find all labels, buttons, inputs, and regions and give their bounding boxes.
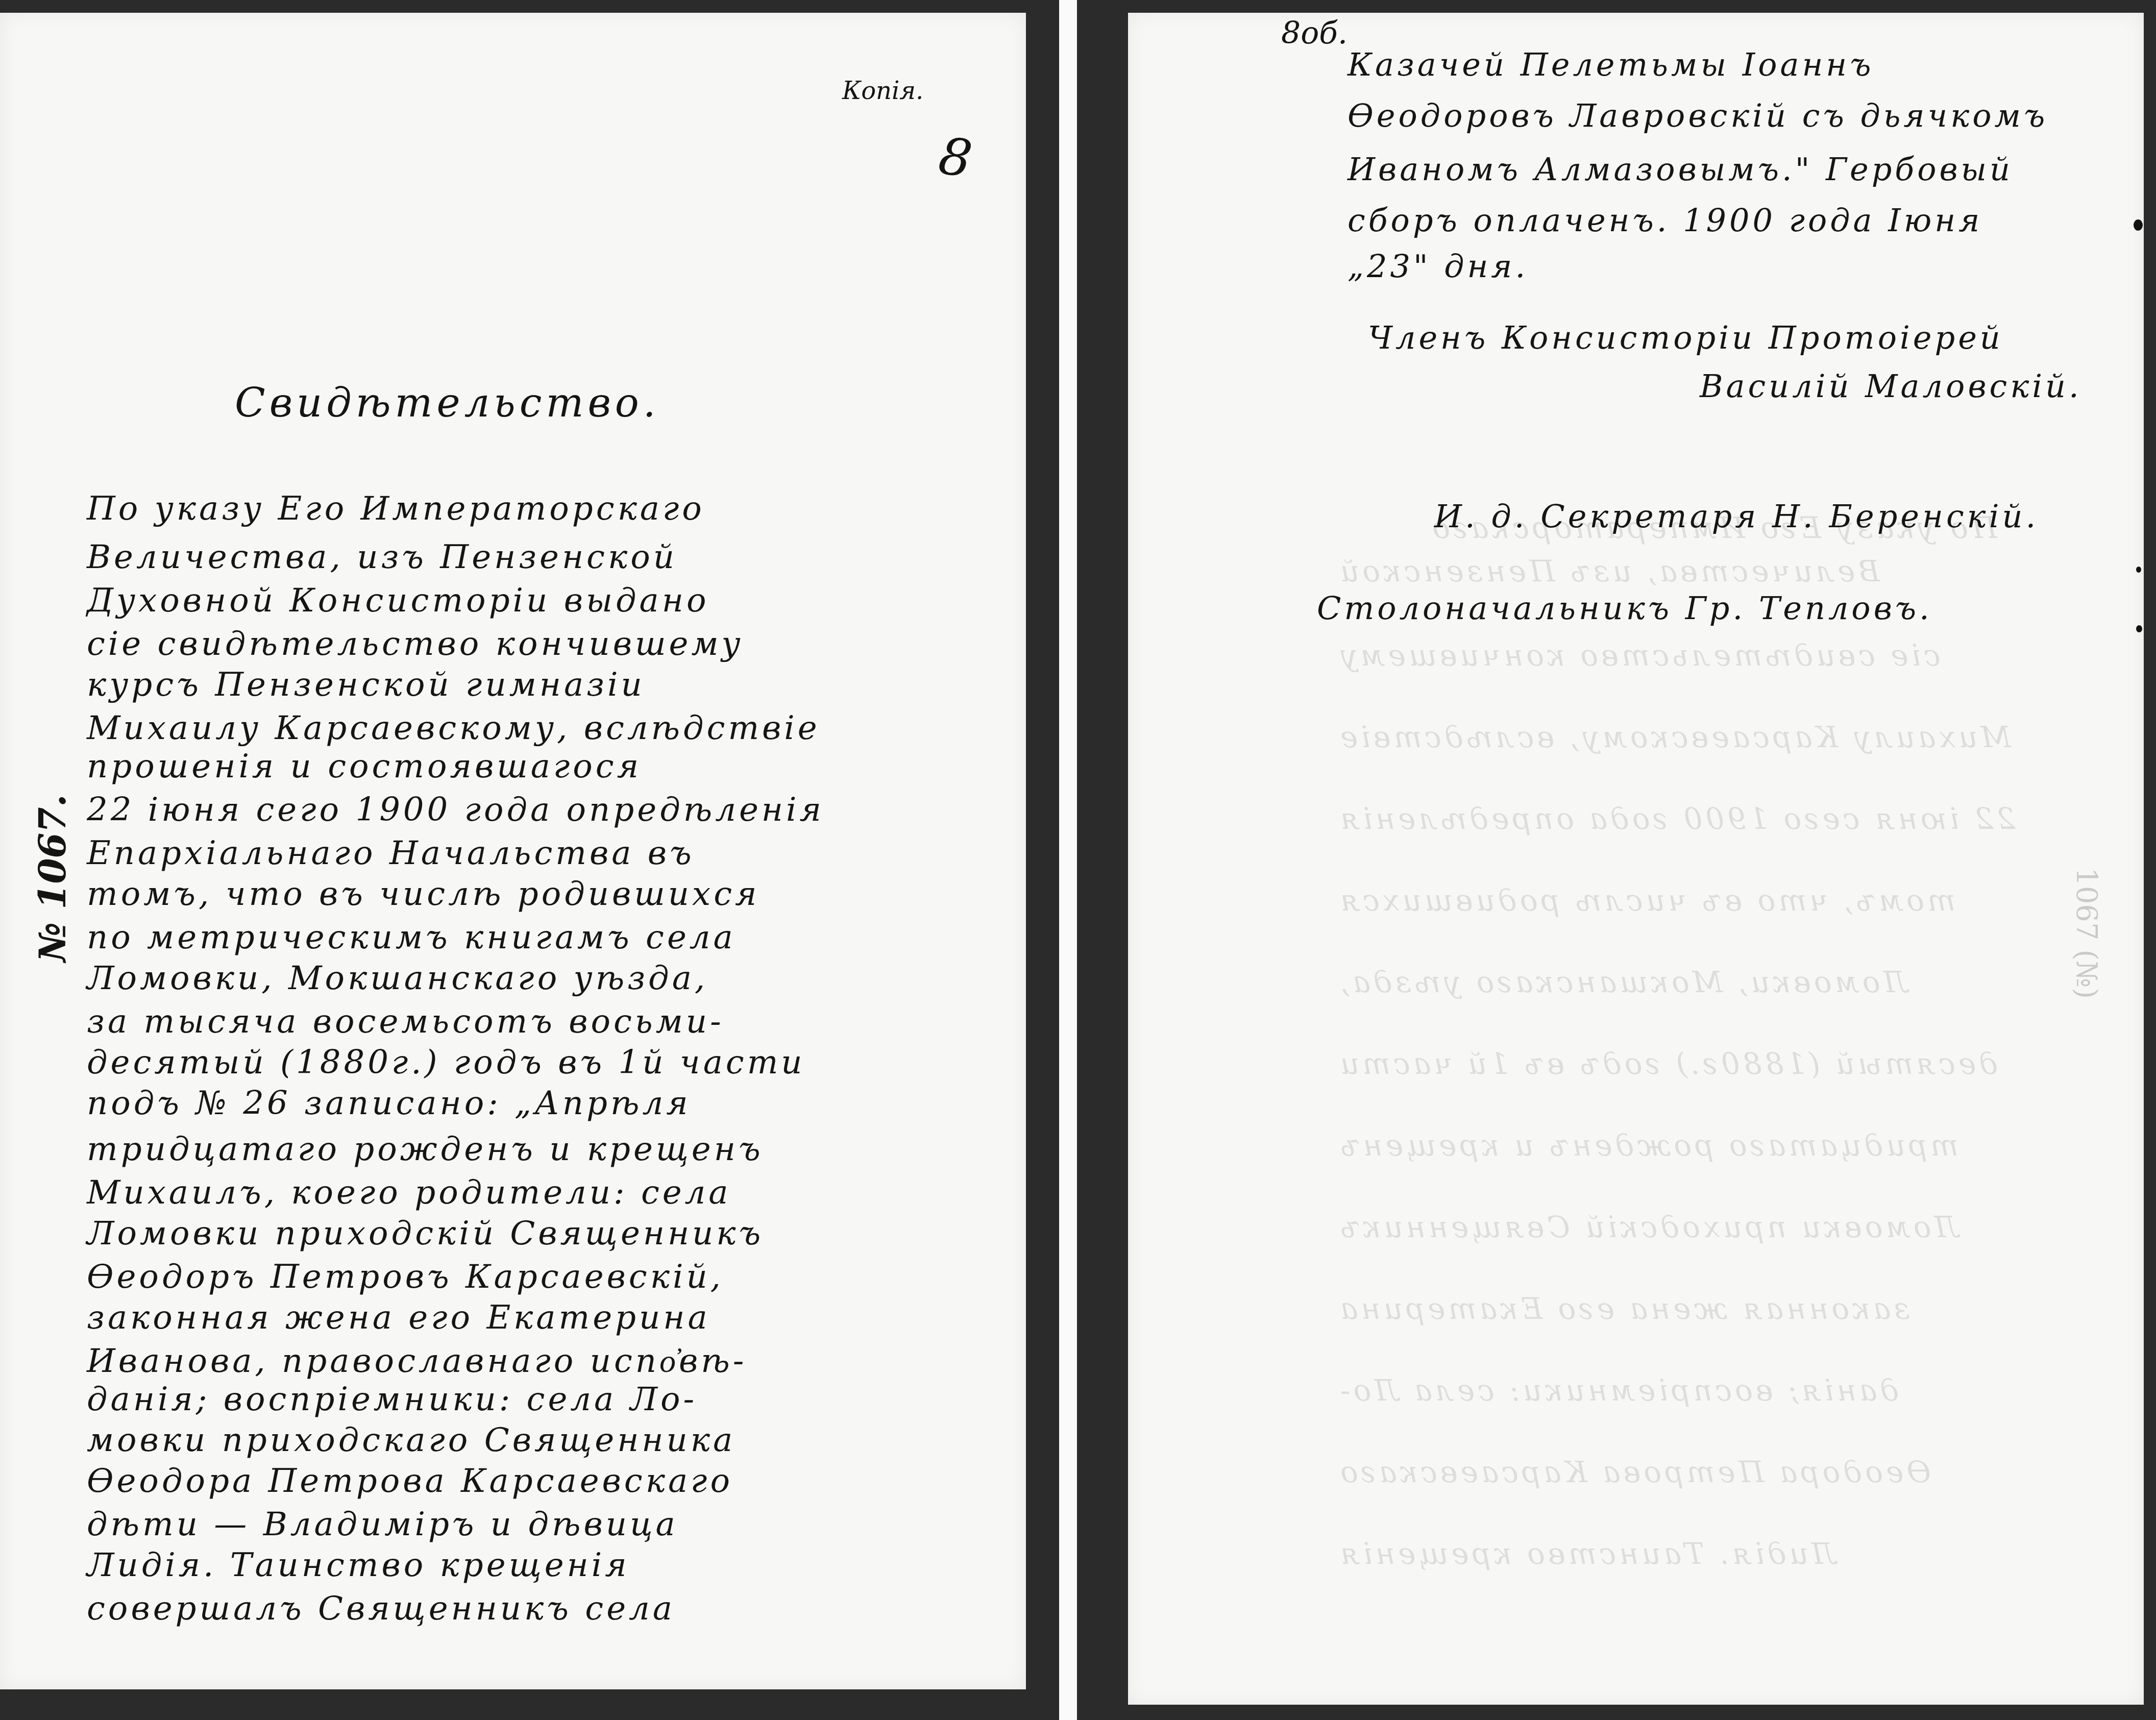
text-line: по метрическимъ книгамъ села (87, 919, 736, 956)
text-line: Казачей Пелетьмы Іоаннъ (1347, 46, 1874, 83)
bleed-through-text: Михаилу Карсаевскому, вслѣдствіе (1337, 720, 2011, 754)
text-line: дѣти — Владиміръ и дѣвица (87, 1506, 678, 1543)
scan-gutter (1059, 0, 1077, 1720)
bleed-through-text: Лидія. Таинство крещенія (1337, 1536, 1836, 1571)
text-line: По указу Его Императорскаго (87, 490, 705, 528)
bleed-through-text: законная жена его Екатерина (1337, 1291, 1910, 1326)
folio-number: 8 (935, 126, 975, 189)
bleed-through-text: Величества, изъ Пензенской (1337, 554, 1880, 588)
text-line: Ломовки, Мокшанскаго уѣзда, (87, 960, 708, 997)
bleed-through-text: томъ, что въ числѣ родившихся (1337, 883, 1955, 918)
text-line: Величества, изъ Пензенской (87, 538, 677, 576)
text-line: Духовной Консисторіи выдано (87, 582, 709, 620)
bleed-through-text: сіе свидѣтельство кончившему (1337, 638, 1941, 673)
right-page (1128, 13, 2144, 1705)
text-line: сіе свидѣтельство кончившему (87, 625, 744, 663)
text-line: Лидія. Таинство крещенія (87, 1546, 630, 1584)
text-line: Михаилу Карсаевскому, вслѣдствіе (87, 709, 820, 747)
bleed-through-margin-number: 1067 (№) (2070, 868, 2103, 999)
folio-number-verso: 8об. (1281, 15, 1347, 51)
bleed-through-text: По указу Его Императорскаго (1429, 510, 1997, 545)
text-line: десятый (1880г.) годъ въ 1й части (87, 1044, 805, 1082)
text-line: Ломовки приходскій Священникъ (87, 1215, 764, 1252)
bleed-through-text: Ѳеодора Петрова Карсаевскаго (1337, 1455, 1931, 1489)
text-line: мовки приходскаго Священника (87, 1421, 736, 1459)
text-line: Иванова, православнаго испо҆вѣ- (87, 1342, 747, 1380)
document-title: Свидѣтельство. (235, 380, 660, 426)
text-line: данія; воспріемники: села Ло- (87, 1381, 697, 1418)
margin-register-number: № 1067. (31, 794, 74, 962)
bleed-through-text: десятый (1880г.) годъ въ 1й части (1337, 1046, 1998, 1081)
text-line: Епархіальнаго Начальства въ (87, 834, 695, 872)
signature-line: Василій Маловскій. (1700, 367, 2082, 405)
text-line: Ѳеодора Петрова Карсаевскаго (87, 1462, 733, 1500)
text-line: законная жена его Екатерина (87, 1299, 710, 1337)
signature-line: Столоначальникъ Гр. Тепловъ. (1317, 589, 1932, 627)
text-line: Ѳеодоръ Петровъ Карсаевскій, (87, 1258, 724, 1296)
text-line: Михаилъ, коего родители: села (87, 1174, 731, 1212)
text-line: совершалъ Священникъ села (87, 1590, 675, 1628)
bleed-through-text: Ломовки приходскій Священникъ (1337, 1210, 1959, 1244)
binding-hole-mark (2136, 625, 2142, 632)
text-line: 22 іюня сего 1900 года опредѣленія (87, 791, 824, 829)
text-line: тридцатаго рожденъ и крещенъ (87, 1131, 764, 1168)
signature-line: Членъ Консисторіи Протоіерей (1368, 319, 2003, 356)
text-line: „23" дня. (1347, 248, 1528, 285)
binding-hole-mark (2134, 219, 2143, 231)
binding-hole-mark (2136, 567, 2141, 573)
bleed-through-text: Ломовки, Мокшанскаго уѣзда, (1337, 965, 1908, 999)
bleed-through-text: данія; воспріемники: села Ло- (1337, 1373, 1899, 1408)
text-line: Иваномъ Алмазовымъ." Гербовый (1347, 151, 2013, 188)
text-line: прошенія и состоявшагося (87, 748, 642, 785)
text-line: сборъ оплаченъ. 1900 года Іюня (1347, 202, 1982, 239)
text-line: томъ, что въ числѣ родившихся (87, 875, 759, 913)
left-page: Копія. 8 Свидѣтельство. № 1067. По указу… (0, 13, 1026, 1689)
text-line: подъ № 26 записано: „Апрѣля (87, 1085, 691, 1122)
text-line: за тысяча восемьсотъ восьми- (87, 1003, 724, 1041)
bleed-through-text: тридцатаго рожденъ и крещенъ (1337, 1128, 1958, 1163)
text-line: Ѳеодоровъ Лавровскій съ дьячкомъ (1347, 97, 2048, 134)
text-line: курсъ Пензенской гимназіи (87, 666, 645, 704)
bleed-through-text: 22 іюня сего 1900 года опредѣленія (1337, 801, 2016, 836)
copy-mark: Копія. (842, 77, 923, 105)
